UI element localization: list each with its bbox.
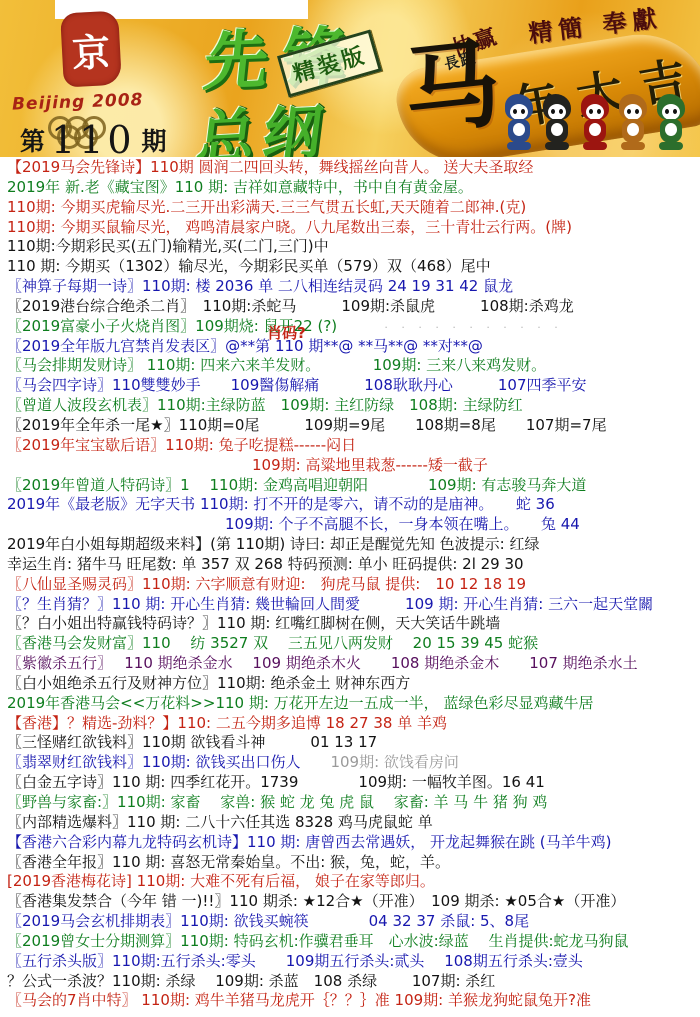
report-line-39: 〖2019马会玄机排期表〗110期: 欲钱买蜿筷 04 32 37 杀鼠: 5、… <box>7 912 700 932</box>
report-line-28: 2019年香港马会<<万花料>>110 期: 万花开左边一五成一半， 蓝绿色彩尽… <box>7 694 700 714</box>
report-line-38: 〖香港集发禁合（今年 错 一)!!〗110 期杀: ★12合★（开准） 109 … <box>7 892 700 912</box>
line-text: 〖2019年宝宝歇后语〗110期: 兔子吃提糕------闷日 <box>7 436 356 454</box>
report-line-20: 2019年白小姐每期超级来料】(第 110期) 诗曰: 却正是醒觉先知 色波提示… <box>7 535 700 555</box>
line-text: 〖八仙显圣赐灵码〗110期: 六字顺意有财迎: 狗虎马鼠 提供: 10 12 1… <box>7 575 526 593</box>
line-text: 〖三怪赌红欲钱料〗110期 欲钱看斗神 01 13 17 <box>7 733 377 751</box>
report-line-33: 〖野兽与家畜:〗110期: 家畜 家兽: 猴 蛇 龙 兔 虎 鼠 家畜: 羊 马… <box>7 793 700 813</box>
line-text: 110期: 今期买鼠输尽光， 鸡鸣清晨家户晓。八九尾数出三泰，三十青壮云行两。(… <box>7 218 572 236</box>
report-line-31: 〖翡翠财红欲钱料〗110期: 欲钱买出口伤人 109期: 欲饯看房问 <box>7 753 700 773</box>
report-line-12: 〖马会四字诗〗110雙雙妙手 109醫傷解痛 108耿耿丹心 107四季平安 <box>7 376 700 396</box>
line-text: 110期: 今期买虎输尽光.二三开出彩满天.三三气贯五长虹,天天随着二郎神.(克… <box>7 198 526 216</box>
report-line-34: 〖内部精选爆料〗110 期: 二八十六任其选 8328 鸡马虎鼠蛇 单 <box>7 813 700 833</box>
line-text: 〖？白小姐出特赢钱特码诗？〗110 期: 红嘴红脚树在侧，天大笑话牛跳墙 <box>7 614 500 632</box>
line-text: 幸运生肖: 猪牛马 旺尾数: 单 357 双 268 特码预测: 单小 旺码提供… <box>7 555 524 573</box>
line-text: 〖曾道人波段玄机表〗110期:主绿防蓝 109期: 主红防绿 108期: 主绿防… <box>7 396 523 414</box>
line-text: 【香港六合彩内幕九龙特码玄机诗】110 期: 唐曾西去常遇妖， 开龙起舞猴在跳 … <box>7 833 611 851</box>
line-text: 〖翡翠财红欲钱料〗110期: 欲钱买出口伤人 <box>7 753 330 771</box>
report-line-30: 〖三怪赌红欲钱料〗110期 欲钱看斗神 01 13 17 <box>7 733 700 753</box>
line-text: 〖内部精选爆料〗110 期: 二八十六任其选 8328 鸡马虎鼠蛇 单 <box>7 813 433 831</box>
report-line-35: 【香港六合彩内幕九龙特码玄机诗】110 期: 唐曾西去常遇妖， 开龙起舞猴在跳 … <box>7 833 700 853</box>
line-text: 〖五行杀头版〗110期:五行杀头:零头 109期五行杀头:贰头 108期五行杀头… <box>7 952 583 970</box>
report-line-3: 110期: 今期买虎输尽光.二三开出彩满天.三三气贯五长虹,天天随着二郎神.(克… <box>7 198 700 218</box>
report-line-27: 〖白小姐绝杀五行及财神方位〗110期: 绝杀金土 财神东西方 <box>7 674 700 694</box>
report-line-29: 【香港】？精选-劲料？】110: 二五今期多追博 18 27 38 单 羊鸡 <box>7 714 700 734</box>
line-text: 〖白小姐绝杀五行及财神方位〗110期: 绝杀金土 财神东西方 <box>7 674 410 692</box>
report-line-19: 109期: 个子不高腿不长，一身本领在嘴上。 兔 44 <box>7 515 700 535</box>
line-text: 110期:今期彩民买(五门)输精光,买(二门,三门)中 <box>7 237 329 255</box>
report-line-41: 〖五行杀头版〗110期:五行杀头:零头 109期五行杀头:贰头 108期五行杀头… <box>7 952 700 972</box>
report-line-25: 〖香港马会发财富〗110 纺 3527 双 三五见八两发财 20 15 39 4… <box>7 634 700 654</box>
beijing-2008-text: Beijing 2008 <box>12 89 163 114</box>
line-text: 〖？生肖猜？〗110 期: 开心生肖猜: 幾世輪回人間愛 109 期: 开心生肖… <box>7 595 653 613</box>
masthead-title-line2: 总纲 <box>192 85 335 157</box>
line-text: 110 期: 今期买（1302）输尽光，今期彩民买单（579）双（468）尾中 <box>7 257 491 275</box>
line-text: 【香港】？精选-劲料？】110: 二五今期多追博 18 27 38 单 羊鸡 <box>7 714 447 732</box>
report-line-42: ？公式一杀波？110期: 杀绿 109期: 杀蓝 108 杀绿 107期: 杀红 <box>7 972 700 992</box>
report-line-2: 2019年 新.老《藏宝图》110 期: 吉祥如意藏特中，书中自有黄金屋。 <box>7 178 700 198</box>
line-text: 【2019马会先锋诗】110期 圆润二四回头转，舞线摇丝向昔人。 送大夫圣取经 <box>7 158 533 176</box>
masthead: 京 Beijing 2008 第110期 先锋 总纲 精装版 协赢 精簡 奉獻 … <box>0 0 700 157</box>
line-text: 〖白金五字诗〗110 期: 四季红花开。1739 109期: 一幅牧羊图。16 … <box>7 773 545 791</box>
line-text: 〖2019年全年杀一尾★〗110期=0尾 109期=9尾 108期=8尾 107… <box>7 416 607 434</box>
line-text: 〖马会的7肖中特〗 110期: 鸡牛羊猪马龙虎开｛？？｝准 109期: 羊猴龙狗… <box>7 991 591 1009</box>
report-line-24: 〖？白小姐出特赢钱特码诗？〗110 期: 红嘴红脚树在侧，天大笑话牛跳墙 <box>7 614 700 634</box>
report-line-9: 〖2019富豪小子火烧肖图〗109期烧: 鼠开22 (?)肖码? · · · ·… <box>7 317 700 337</box>
line-text: [2019香港梅花诗] 110期: 大难不死有后福， 娘子在家等郎归。 <box>7 872 435 890</box>
line-text: 〖野兽与家畜:〗110期: 家畜 家兽: 猴 蛇 龙 兔 虎 鼠 家畜: 羊 马… <box>7 793 547 811</box>
mascot-black-icon <box>541 94 573 152</box>
line-text: 〖紫徽杀五行〗 110 期绝杀金水 109 期绝杀木火 108 期绝杀金木 10… <box>7 654 638 672</box>
report-line-7: 〖神算子每期一诗〗110期: 楼 2036 单 二八相连结灵码 24 19 31… <box>7 277 700 297</box>
line-text: 2019年《最老版》无字天书 110期: 打不开的是零六，请不动的是庙神。 蛇 … <box>7 495 555 513</box>
report-line-37: [2019香港梅花诗] 110期: 大难不死有后福， 娘子在家等郎归。 <box>7 872 700 892</box>
report-line-32: 〖白金五字诗〗110 期: 四季红花开。1739 109期: 一幅牧羊图。16 … <box>7 773 700 793</box>
report-line-21: 幸运生肖: 猪牛马 旺尾数: 单 357 双 268 特码预测: 单小 旺码提供… <box>7 555 700 575</box>
line-text: 〖马会四字诗〗110雙雙妙手 109醫傷解痛 108耿耿丹心 107四季平安 <box>7 376 587 394</box>
report-line-17: 〖2019年曾道人特码诗〗1 110期: 金鸡高唱迎朝阳 109期: 有志骏马奔… <box>7 476 700 496</box>
line-text: 〖2019全年版九宫禁肖发表区〗@**第 110 期**@ **马**@ **对… <box>7 337 483 355</box>
mascot-blue-icon <box>503 94 535 152</box>
issue-suffix: 期 <box>142 127 167 156</box>
issue-number: 第110期 <box>20 118 167 157</box>
report-line-40: 〖2019曾女士分期测算〗110期: 特码玄机:作骥君垂耳 心水波:绿蓝 生肖提… <box>7 932 700 952</box>
report-line-11: 〖马会排期发财诗〗 110期: 四来六来羊发财。 109期: 三来八来鸡发财。 <box>7 356 700 376</box>
report-line-14: 〖2019年全年杀一尾★〗110期=0尾 109期=9尾 108期=8尾 107… <box>7 416 700 436</box>
report-line-18: 2019年《最老版》无字天书 110期: 打不开的是零六，请不动的是庙神。 蛇 … <box>7 495 700 515</box>
line-text: 109期: 欲饯看房问 <box>330 753 458 771</box>
report-line-26: 〖紫徽杀五行〗 110 期绝杀金水 109 期绝杀木火 108 期绝杀金木 10… <box>7 654 700 674</box>
report-line-8: 〖2019港台综合绝杀二肖〗 110期:杀蛇马 109期:杀鼠虎 108期:杀鸡… <box>7 297 700 317</box>
report-line-6: 110 期: 今期买（1302）输尽光，今期彩民买单（579）双（468）尾中 <box>7 257 700 277</box>
line-text: 〖香港马会发财富〗110 纺 3527 双 三五见八两发财 20 15 39 4… <box>7 634 538 652</box>
fuwa-mascots <box>503 94 698 154</box>
mascot-red-icon <box>579 94 611 152</box>
line-text: 〖香港集发禁合（今年 错 一)!!〗110 期杀: ★12合★（开准） 109 … <box>7 892 625 910</box>
line-text: 〖马会排期发财诗〗 110期: 四来六来羊发财。 109期: 三来八来鸡发财。 <box>7 356 546 374</box>
line-text: ？公式一杀波？110期: 杀绿 109期: 杀蓝 108 杀绿 107期: 杀红 <box>7 972 495 990</box>
line-text: 109期: 个子不高腿不长，一身本领在嘴上。 兔 44 <box>225 515 580 533</box>
report-line-23: 〖？生肖猜？〗110 期: 开心生肖猜: 幾世輪回人間愛 109 期: 开心生肖… <box>7 595 700 615</box>
report-body: 【2019马会先锋诗】110期 圆润二四回头转，舞线摇丝向昔人。 送大夫圣取经2… <box>0 158 700 1011</box>
line-text: 2019年白小姐每期超级来料】(第 110期) 诗曰: 却正是醒觉先知 色波提示… <box>7 535 539 553</box>
mascot-orange-icon <box>617 94 649 152</box>
line-text: 〖2019马会玄机排期表〗110期: 欲钱买蜿筷 04 32 37 杀鼠: 5、… <box>7 912 529 930</box>
dots-text: · · · · · · · · · · · <box>376 321 563 334</box>
line-text: 〖2019港台综合绝杀二肖〗 110期:杀蛇马 109期:杀鼠虎 108期:杀鸡… <box>7 297 574 315</box>
greeting-calligraphy-char: 马 <box>399 35 505 141</box>
report-line-1: 【2019马会先锋诗】110期 圆润二四回头转，舞线摇丝向昔人。 送大夫圣取经 <box>7 158 700 178</box>
mascot-green-icon <box>655 94 687 152</box>
line-text: 〖香港全年报〗110 期: 喜怒无常秦始皇。不出: 猴，兔，蛇，羊。 <box>7 853 450 871</box>
line-text: 〖2019年曾道人特码诗〗1 110期: 金鸡高唱迎朝阳 109期: 有志骏马奔… <box>7 476 586 494</box>
report-line-22: 〖八仙显圣赐灵码〗110期: 六字顺意有财迎: 狗虎马鼠 提供: 10 12 1… <box>7 575 700 595</box>
line-text: 2019年 新.老《藏宝图》110 期: 吉祥如意藏特中，书中自有黄金屋。 <box>7 178 473 196</box>
line-text: 2019年香港马会<<万花料>>110 期: 万花开左边一五成一半， 蓝绿色彩尽… <box>7 694 593 712</box>
report-line-5: 110期:今期彩民买(五门)输精光,买(二门,三门)中 <box>7 237 700 257</box>
line-text: 109期: 高粱地里栽葱------矮一截子 <box>252 456 488 474</box>
report-line-13: 〖曾道人波段玄机表〗110期:主绿防蓝 109期: 主红防绿 108期: 主绿防… <box>7 396 700 416</box>
line-text: 〖神算子每期一诗〗110期: 楼 2036 单 二八相连结灵码 24 19 31… <box>7 277 513 295</box>
report-line-36: 〖香港全年报〗110 期: 喜怒无常秦始皇。不出: 猴，兔，蛇，羊。 <box>7 853 700 873</box>
report-line-16: 109期: 高粱地里栽葱------矮一截子 <box>7 456 700 476</box>
issue-value: 110 <box>45 118 142 157</box>
issue-prefix: 第 <box>20 127 45 156</box>
report-line-10: 〖2019全年版九宫禁肖发表区〗@**第 110 期**@ **马**@ **对… <box>7 337 700 357</box>
report-line-15: 〖2019年宝宝歇后语〗110期: 兔子吃提糕------闷日 <box>7 436 700 456</box>
emblem-glyph: 京 <box>71 21 112 78</box>
report-line-43: 〖马会的7肖中特〗 110期: 鸡牛羊猪马龙虎开｛？？｝准 109期: 羊猴龙狗… <box>7 991 700 1011</box>
report-line-4: 110期: 今期买鼠输尽光， 鸡鸣清晨家户晓。八九尾数出三泰，三十青壮云行两。(… <box>7 218 700 238</box>
line-text: 〖2019曾女士分期测算〗110期: 特码玄机:作骥君垂耳 心水波:绿蓝 生肖提… <box>7 932 629 950</box>
beijing-olympics-emblem-icon: 京 <box>60 11 122 88</box>
